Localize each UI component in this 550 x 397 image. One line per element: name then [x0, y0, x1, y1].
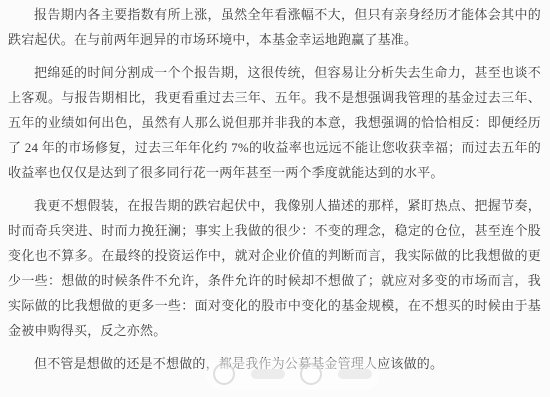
report-paragraph-3: 我更不想假装，在报告期的跌宕起伏中，我像别人描述的那样，紧盯热点、把握节奏，时而… [8, 193, 541, 343]
report-paragraph-1: 报告期内各主要指数有所上涨，虽然全年看涨幅不大，但只有亲身经历才能体会其中的跌宕… [8, 2, 541, 52]
document-page: 报告期内各主要指数有所上涨，虽然全年看涨幅不大，但只有亲身经历才能体会其中的跌宕… [0, 0, 550, 397]
report-paragraph-4: 但不管是想做的还是不想做的，都是我作为公募基金管理人应该做的。 [8, 351, 541, 376]
report-paragraph-2: 把绵延的时间分割成一个个报告期，这很传统，但容易让分析失去生命力，甚至也谈不上客… [8, 60, 541, 185]
